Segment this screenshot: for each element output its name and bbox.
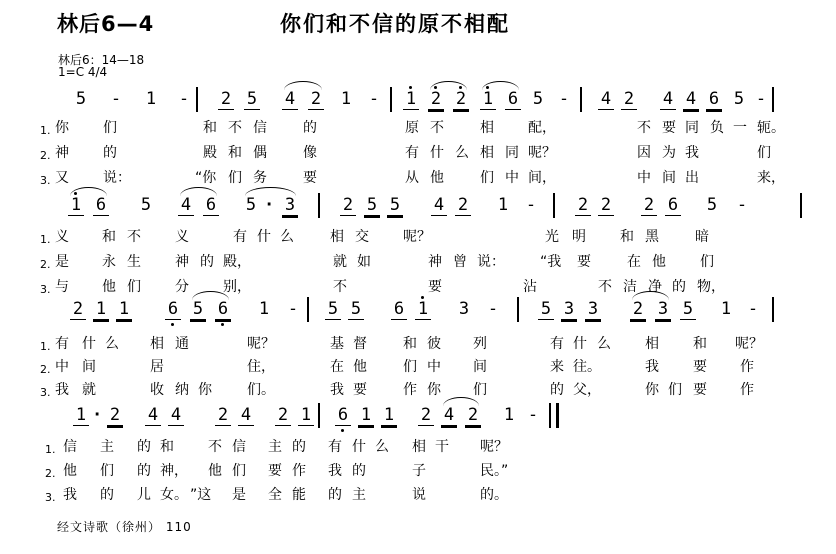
lyric-syllable: 彼 [427, 336, 441, 352]
lyric-syllable: 负 [710, 120, 724, 136]
lyric-syllable: 信 [232, 439, 246, 455]
lyric-syllable: 督 [353, 336, 367, 352]
lyric-syllable: 你 [55, 120, 69, 136]
lyric-syllable: 与 [55, 279, 69, 295]
duration-dash: - [176, 90, 192, 109]
lyric-syllable: 他 [652, 254, 666, 270]
barline [307, 297, 309, 322]
lyric-syllable: 儿 [137, 487, 151, 503]
note: 4 [178, 196, 194, 216]
barline [517, 297, 519, 322]
lyric-syllable: 在 [627, 254, 641, 270]
note: 1 [338, 90, 354, 109]
lyric-syllable: “你 [195, 170, 216, 186]
final-barline [549, 403, 559, 428]
lyric-syllable: 中 [427, 359, 441, 375]
lyric-syllable: 要 [693, 359, 707, 375]
lyric-syllable: 中 [505, 170, 519, 186]
note: 4 [598, 90, 614, 110]
lyric-syllable: 的 [200, 254, 214, 270]
lyric-syllable: 有 [328, 439, 342, 455]
verse-number: 3. [40, 282, 51, 298]
lyric-syllable: 殿 [203, 145, 217, 161]
note: 1 [73, 406, 89, 426]
lyric-syllable: 他 [63, 463, 77, 479]
lyric-syllable: 我 [685, 145, 699, 161]
lyric-syllable: 往。 [573, 359, 601, 375]
lyric-syllable: 你 [427, 382, 441, 398]
note: 1 [298, 406, 314, 426]
duration-dash: - [556, 90, 572, 109]
augmentation-dot: · [92, 406, 102, 425]
note: 6 [335, 406, 351, 426]
lyric-syllable: 们 [480, 170, 494, 186]
note: 2 [218, 90, 234, 110]
lyric-syllable: 们 [668, 382, 682, 398]
lyric-syllable: 我 [645, 359, 659, 375]
duration-dash: - [734, 196, 750, 215]
duration-dash: - [745, 300, 761, 319]
lyric-syllable: 们。 [247, 382, 275, 398]
lyric-syllable: 间 [473, 359, 487, 375]
lyric-syllable: 不 [637, 120, 651, 136]
lyric-syllable: 不 [598, 279, 612, 295]
barline [553, 193, 555, 218]
lyric-syllable: 是 [232, 487, 246, 503]
octave-dot-low [171, 323, 174, 326]
lyric-syllable: 分 [175, 279, 189, 295]
lyric-syllable: 的 [292, 439, 306, 455]
lyric-syllable: 们 [700, 254, 714, 270]
lyric-syllable: 的 [137, 463, 151, 479]
note: 6 [215, 300, 231, 320]
verse-number: 2. [45, 466, 56, 482]
lyric-syllable: 们 [100, 463, 114, 479]
note: 5 [387, 196, 403, 216]
verse-number: 1. [40, 339, 51, 355]
lyric-syllable: 义 [55, 229, 69, 245]
duration-dash: - [753, 90, 769, 109]
note: 1 [415, 300, 431, 320]
lyric-syllable: 就 [333, 254, 347, 270]
barline [318, 403, 320, 428]
note: 3 [282, 196, 298, 216]
barline [196, 87, 198, 112]
note: 1 [68, 196, 84, 216]
lyric-syllable: 来 [550, 359, 564, 375]
note: 2 [455, 196, 471, 216]
lyric-syllable: 我 [63, 487, 77, 503]
lyric-syllable: 我 [328, 463, 342, 479]
lyric-syllable: 么 [597, 336, 611, 352]
lyric-syllable: 说： [103, 170, 131, 186]
note: 2 [70, 300, 86, 320]
verse-number: 2. [40, 362, 51, 378]
barline [772, 87, 774, 112]
note: 2 [418, 406, 434, 426]
note: 2 [621, 90, 637, 110]
lyric-syllable: 不 [228, 120, 242, 136]
lyric-syllable: 有 [405, 145, 419, 161]
lyric-syllable: 作 [403, 382, 417, 398]
barline [318, 193, 320, 218]
note: 2 [630, 300, 646, 320]
lyric-syllable: 呢？ [735, 336, 763, 352]
note: 5 [364, 196, 380, 216]
lyric-syllable: 的 [137, 439, 151, 455]
lyric-syllable: 又 [55, 170, 69, 186]
lyric-syllable: 和 [102, 229, 116, 245]
lyric-syllable: 轭。 [757, 120, 785, 136]
lyric-syllable: 的 [303, 120, 317, 136]
note: 6 [505, 90, 521, 110]
lyric-syllable: 列 [473, 336, 487, 352]
note: 2 [598, 196, 614, 216]
lyric-syllable: 他 [430, 170, 444, 186]
lyric-syllable: 物， [697, 279, 725, 295]
lyric-syllable: 务 [253, 170, 267, 186]
lyric-syllable: 有 [55, 336, 69, 352]
note: 2 [465, 406, 481, 426]
verse-number: 1. [40, 123, 51, 139]
note: 5 [538, 300, 554, 320]
lyric-syllable: 交 [355, 229, 369, 245]
octave-dot-high [409, 86, 412, 89]
lyric-syllable: 们 [232, 463, 246, 479]
note: 2 [641, 196, 657, 216]
lyric-syllable: 相 [330, 229, 344, 245]
lyric-syllable: 主 [268, 439, 282, 455]
lyric-syllable: 能 [292, 487, 306, 503]
lyric-syllable: 神 [428, 254, 442, 270]
lyric-syllable: 生 [127, 254, 141, 270]
lyric-syllable: 你 [198, 382, 212, 398]
lyric-syllable: 偶 [253, 145, 267, 161]
note: 5 [244, 90, 260, 110]
lyric-syllable: 什 [352, 439, 366, 455]
lyric-syllable: 信 [253, 120, 267, 136]
lyric-syllable: 不 [127, 229, 141, 245]
slur [284, 81, 322, 90]
lyric-syllable: 居 [150, 359, 164, 375]
lyric-syllable: 就 [82, 382, 96, 398]
note: 4 [145, 406, 161, 426]
lyric-syllable: 殿， [223, 254, 251, 270]
page-title: 你们和不信的原不相配 [280, 8, 510, 38]
lyric-syllable: 光 [545, 229, 559, 245]
lyric-syllable: 女。 [160, 487, 188, 503]
lyric-syllable: 间 [82, 359, 96, 375]
duration-dash: - [108, 90, 124, 109]
duration-dash: - [525, 406, 541, 425]
lyric-syllable: 相 [412, 439, 426, 455]
lyric-syllable: 呢？ [403, 229, 431, 245]
note: 4 [683, 90, 699, 110]
lyric-syllable: 的 [328, 487, 342, 503]
lyric-syllable: 不 [333, 279, 347, 295]
lyric-syllable: 有 [550, 336, 564, 352]
lyric-syllable: 是 [55, 254, 69, 270]
lyric-syllable: 么 [455, 145, 469, 161]
lyric-syllable: 住， [247, 359, 275, 375]
lyric-syllable: 在 [330, 359, 344, 375]
note: 5 [680, 300, 696, 320]
note: 1 [358, 406, 374, 426]
lyric-syllable: 同 [685, 120, 699, 136]
lyric-syllable: 有 [233, 229, 247, 245]
lyric-syllable: 要 [353, 382, 367, 398]
key-signature: 1=C 4/4 [58, 65, 107, 79]
lyric-syllable: 作 [740, 382, 754, 398]
lyric-syllable: 如 [357, 254, 371, 270]
note: 5 [704, 196, 720, 215]
slur [443, 397, 479, 406]
note: 6 [93, 196, 109, 216]
verse-number: 3. [40, 173, 51, 189]
slur [70, 187, 107, 196]
lyric-syllable: 因 [637, 145, 651, 161]
octave-dot-low [221, 323, 224, 326]
lyric-syllable: 呢？ [528, 145, 556, 161]
lyric-syllable: 什 [257, 229, 271, 245]
lyric-syllable: 作 [740, 359, 754, 375]
lyric-syllable: 的 [550, 382, 564, 398]
slur [430, 81, 467, 90]
lyric-syllable: 间， [528, 170, 556, 186]
sheet-music-page: { "header": { "catalog_ref": "林后6—4", "t… [0, 0, 836, 554]
lyric-syllable: 和 [403, 336, 417, 352]
lyric-syllable: 中 [637, 170, 651, 186]
lyric-syllable: 像 [303, 145, 317, 161]
slur [245, 187, 296, 196]
note: 5 [530, 90, 546, 109]
note: 4 [168, 406, 184, 426]
lyric-syllable: 基 [330, 336, 344, 352]
lyric-syllable: 全 [268, 487, 282, 503]
lyric-syllable: 的。 [480, 487, 508, 503]
octave-dot-low [341, 429, 344, 432]
note: 1 [256, 300, 272, 319]
note: 5 [243, 196, 259, 215]
lyric-syllable: 从 [405, 170, 419, 186]
lyric-syllable: 永 [102, 254, 116, 270]
lyric-syllable: 相 [480, 120, 494, 136]
lyric-syllable: 我 [330, 382, 344, 398]
lyric-syllable: 中 [55, 359, 69, 375]
lyric-syllable: 要 [662, 120, 676, 136]
note: 4 [441, 406, 457, 426]
note: 6 [665, 196, 681, 216]
lyric-syllable: 通 [175, 336, 189, 352]
note: 5 [73, 90, 89, 109]
lyric-syllable: 的 [103, 145, 117, 161]
note: 5 [731, 90, 747, 109]
verse-number: 2. [40, 148, 51, 164]
note: 1 [381, 406, 397, 426]
lyric-syllable: 和 [228, 145, 242, 161]
lyric-syllable: 相 [645, 336, 659, 352]
lyric-syllable: 们 [473, 382, 487, 398]
lyric-syllable: 民。” [480, 463, 508, 479]
lyric-syllable: 们 [403, 359, 417, 375]
lyric-syllable: 要 [577, 254, 591, 270]
lyric-syllable: 来， [757, 170, 785, 186]
note: 3 [456, 300, 472, 319]
lyric-syllable: 沾 [523, 279, 537, 295]
lyric-syllable: 暗 [695, 229, 709, 245]
note: 5 [348, 300, 364, 320]
lyric-syllable: 你 [645, 382, 659, 398]
note: 1 [718, 300, 734, 319]
lyric-syllable: 和 [620, 229, 634, 245]
note: 2 [453, 90, 469, 110]
lyric-syllable: 间 [662, 170, 676, 186]
note: 1 [93, 300, 109, 320]
lyric-syllable: 子 [412, 463, 426, 479]
lyric-syllable: 同 [505, 145, 519, 161]
verse-number: 3. [40, 385, 51, 401]
lyric-syllable: 黑 [645, 229, 659, 245]
duration-dash: - [366, 90, 382, 109]
lyric-syllable: 的 [672, 279, 686, 295]
lyric-syllable: 们 [103, 120, 117, 136]
lyric-syllable: 神 [55, 145, 69, 161]
slur [482, 81, 519, 90]
note: 5 [138, 196, 154, 215]
lyric-syllable: 要 [303, 170, 317, 186]
lyric-syllable: 主 [352, 487, 366, 503]
sheet-body: 林后6—4 你们和不信的原不相配 林后6：14—18 1=C 4/4 经文诗歌（… [0, 0, 836, 554]
lyric-syllable: 他 [102, 279, 116, 295]
lyric-syllable: 神 [175, 254, 189, 270]
lyric-syllable: 不 [430, 120, 444, 136]
verse-number: 1. [40, 232, 51, 248]
lyric-syllable: 们 [228, 170, 242, 186]
lyric-syllable: 的 [352, 463, 366, 479]
lyric-syllable: 我 [55, 382, 69, 398]
lyric-syllable: 他 [208, 463, 222, 479]
lyric-syllable: 们 [757, 145, 771, 161]
lyric-syllable: 他 [353, 359, 367, 375]
lyric-syllable: 出 [685, 170, 699, 186]
note: 4 [660, 90, 676, 110]
note: 1 [480, 90, 496, 110]
lyric-syllable: 为 [662, 145, 676, 161]
lyric-syllable: ”这 [190, 487, 211, 503]
lyric-syllable: 的 [100, 487, 114, 503]
lyric-syllable: 么 [375, 439, 389, 455]
songbook-footer: 经文诗歌（徐州） 110 [57, 518, 192, 535]
lyric-syllable: 相 [480, 145, 494, 161]
note: 2 [575, 196, 591, 216]
note: 2 [215, 406, 231, 426]
verse-number: 3. [45, 490, 56, 506]
lyric-syllable: “我 [540, 254, 561, 270]
note: 6 [165, 300, 181, 320]
lyric-syllable: 干 [435, 439, 449, 455]
lyric-syllable: 信 [63, 439, 77, 455]
lyric-syllable: 义 [175, 229, 189, 245]
note: 1 [501, 406, 517, 425]
lyric-syllable: 收 [150, 382, 164, 398]
lyric-syllable: 说： [477, 254, 505, 270]
lyric-syllable: 主 [100, 439, 114, 455]
lyric-syllable: 什 [82, 336, 96, 352]
note: 5 [190, 300, 206, 320]
barline [580, 87, 582, 112]
octave-dot-high [421, 296, 424, 299]
lyric-syllable: 神， [160, 463, 188, 479]
note: 3 [585, 300, 601, 320]
slur [180, 187, 217, 196]
verse-number: 1. [45, 442, 56, 458]
lyric-syllable: 么 [280, 229, 294, 245]
lyric-syllable: 什 [430, 145, 444, 161]
note: 4 [238, 406, 254, 426]
lyric-syllable: 明 [572, 229, 586, 245]
note: 6 [706, 90, 722, 110]
lyric-syllable: 和 [160, 439, 174, 455]
note: 4 [431, 196, 447, 216]
verse-number: 2. [40, 257, 51, 273]
note: 1 [116, 300, 132, 320]
catalog-ref: 林后6—4 [57, 8, 154, 38]
barline [390, 87, 392, 112]
lyric-syllable: 原 [405, 120, 419, 136]
lyric-syllable: 配， [528, 120, 556, 136]
lyric-syllable: 什 [573, 336, 587, 352]
lyric-syllable: 曾 [453, 254, 467, 270]
lyric-syllable: 一 [733, 120, 747, 136]
lyric-syllable: 么 [105, 336, 119, 352]
lyric-syllable: 要 [428, 279, 442, 295]
note: 2 [275, 406, 291, 426]
note: 2 [428, 90, 444, 110]
lyric-syllable: 别， [223, 279, 251, 295]
note: 1 [495, 196, 511, 215]
slur [632, 291, 669, 300]
duration-dash: - [285, 300, 301, 319]
note: 6 [391, 300, 407, 320]
note: 5 [325, 300, 341, 320]
note: 3 [655, 300, 671, 320]
lyric-syllable: 呢？ [480, 439, 508, 455]
lyric-syllable: 们 [127, 279, 141, 295]
lyric-syllable: 和 [693, 336, 707, 352]
lyric-syllable: 不 [208, 439, 222, 455]
lyric-syllable: 要 [268, 463, 282, 479]
barline [772, 297, 774, 322]
lyric-syllable: 和 [203, 120, 217, 136]
lyric-syllable: 相 [150, 336, 164, 352]
duration-dash: - [523, 196, 539, 215]
note: 2 [107, 406, 123, 426]
augmentation-dot: · [264, 196, 274, 215]
note: 4 [282, 90, 298, 110]
note: 2 [340, 196, 356, 216]
note: 2 [308, 90, 324, 110]
lyric-syllable: 父， [573, 382, 601, 398]
duration-dash: - [485, 300, 501, 319]
lyric-syllable: 说 [412, 487, 426, 503]
lyric-syllable: 要 [693, 382, 707, 398]
barline [800, 193, 802, 218]
note: 1 [403, 90, 419, 110]
note: 6 [203, 196, 219, 216]
lyric-syllable: 作 [292, 463, 306, 479]
note: 3 [561, 300, 577, 320]
lyric-syllable: 纳 [175, 382, 189, 398]
